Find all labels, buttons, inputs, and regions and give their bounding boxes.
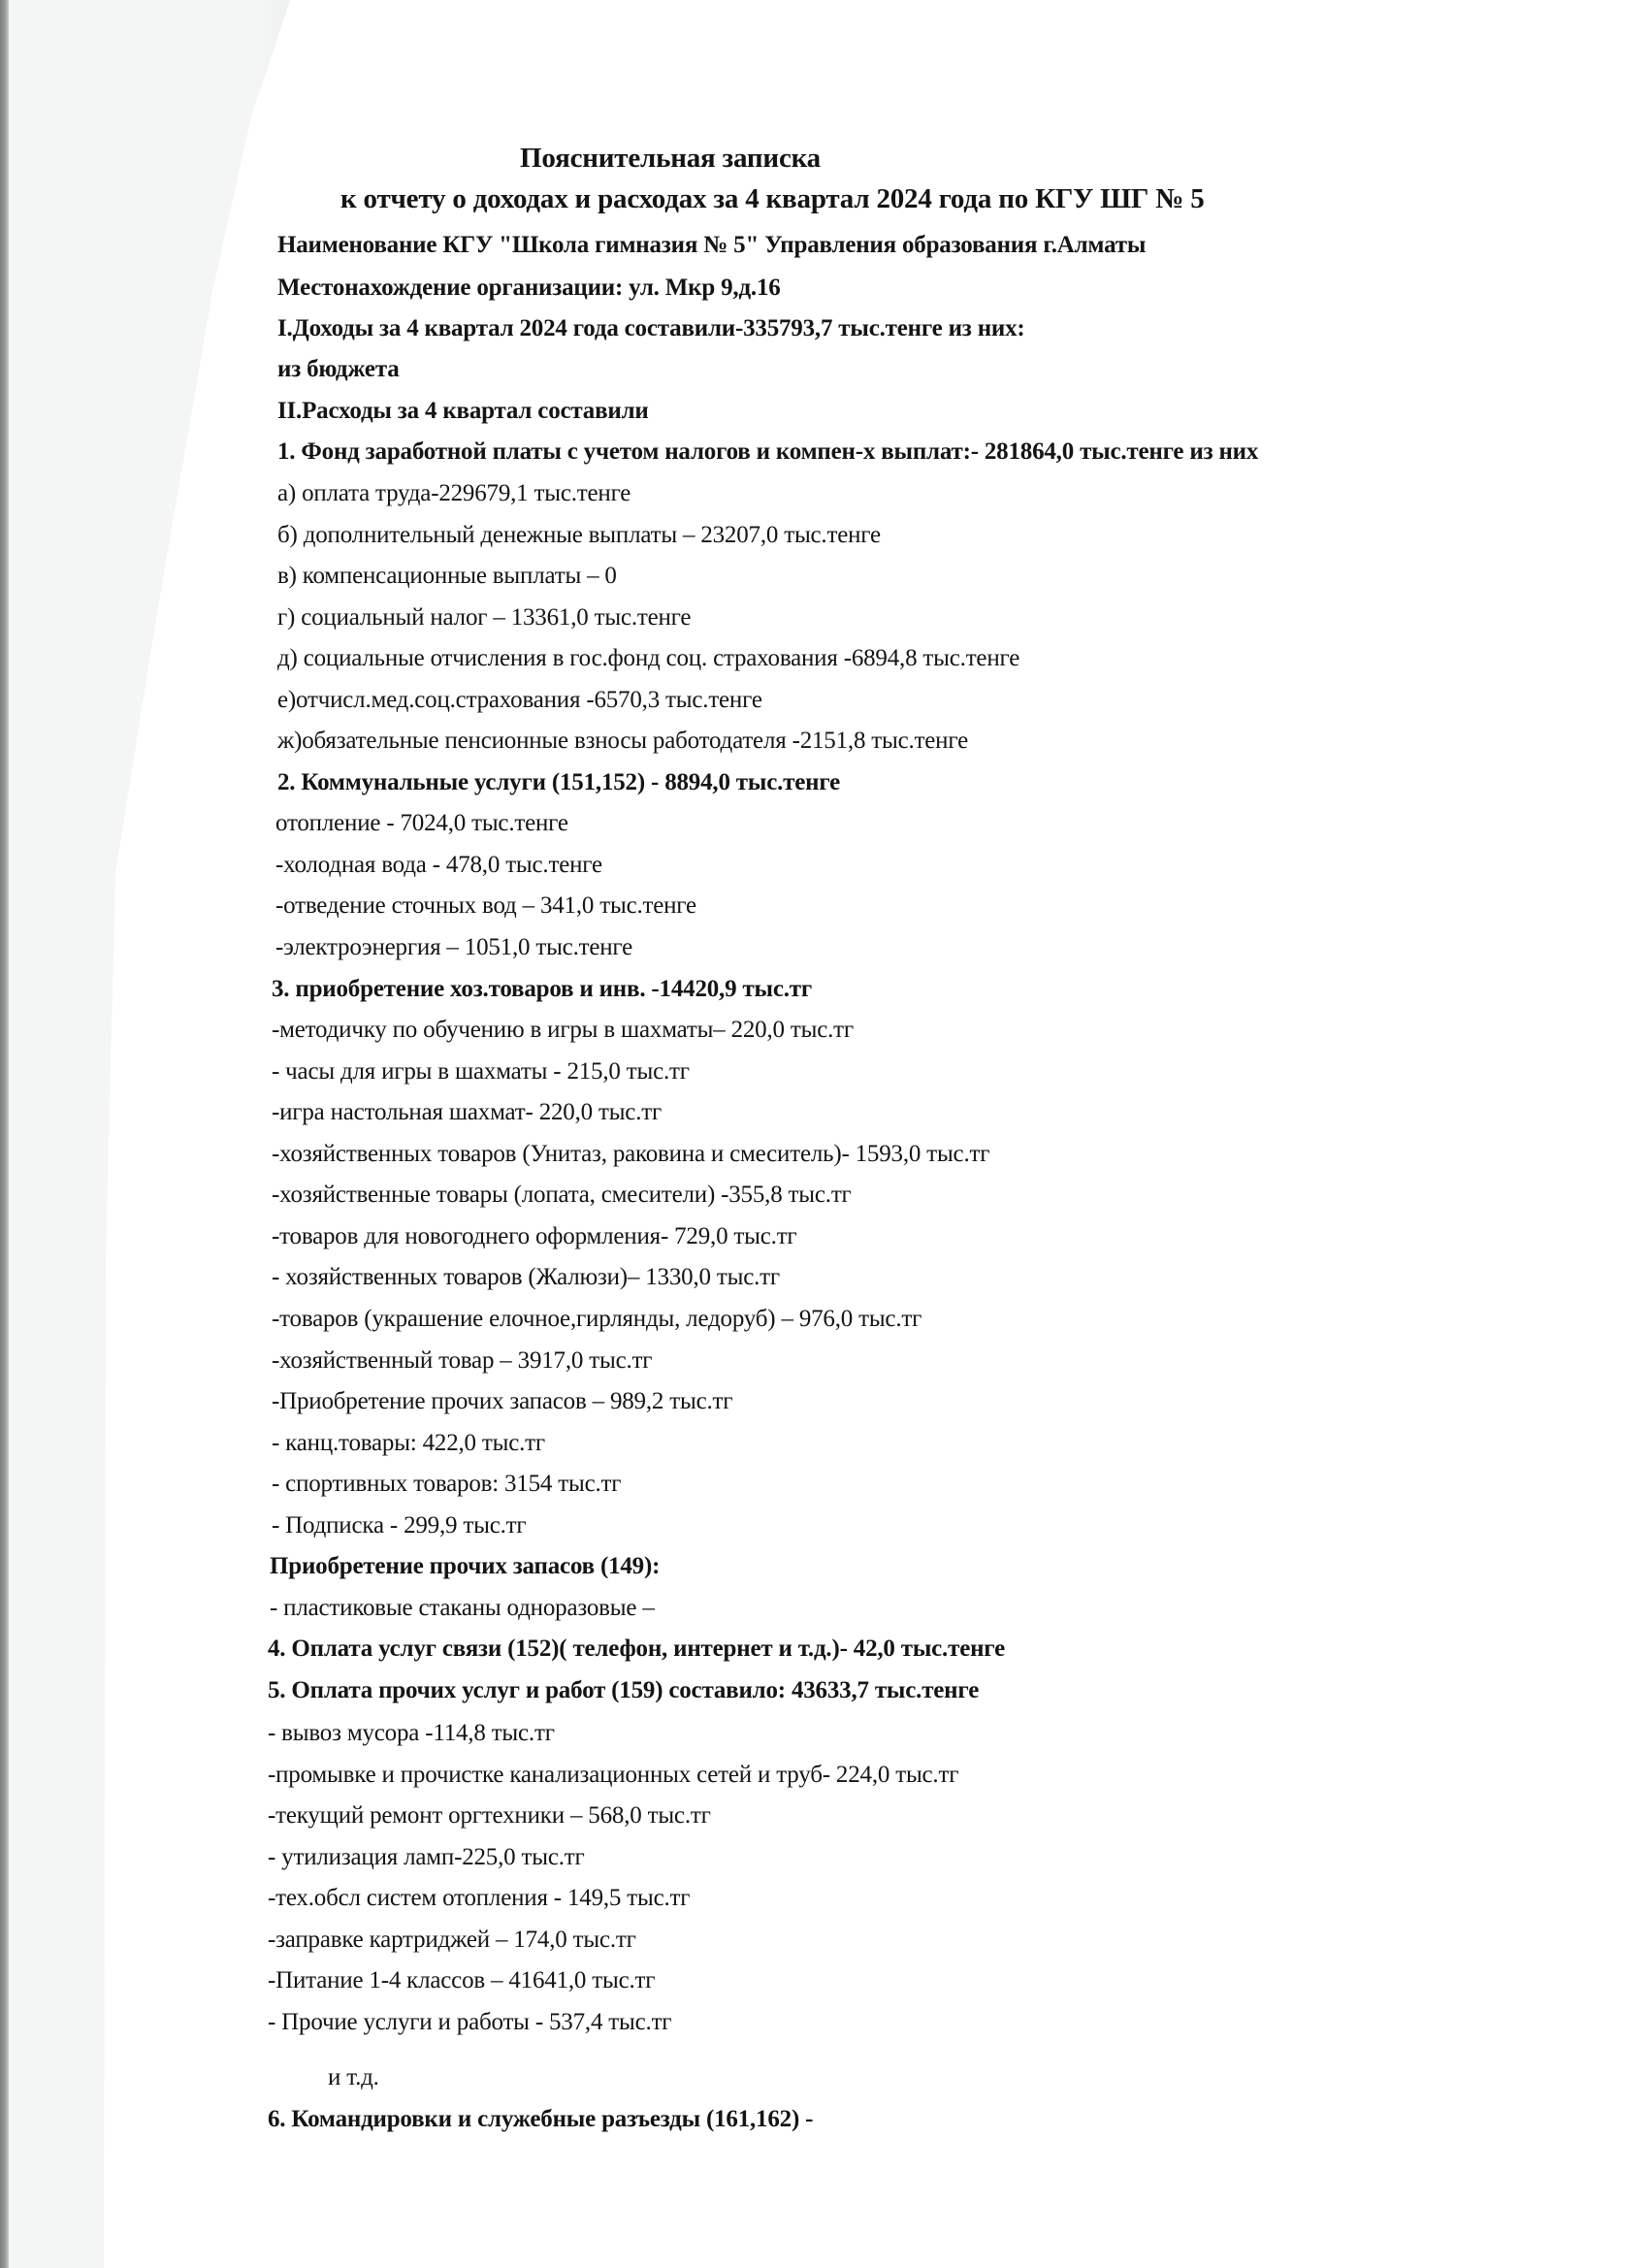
section-3-subsection-item: - пластиковые стаканы одноразовые –: [270, 1594, 655, 1623]
section-1-item: в) компенсационные выплаты – 0: [277, 562, 617, 591]
section-3-item: - Подписка - 299,9 тыс.тг: [272, 1511, 526, 1540]
section-5-item: - утилизация ламп-225,0 тыс.тг: [268, 1843, 585, 1872]
section-5-item: -тех.обсл систем отопления - 149,5 тыс.т…: [268, 1884, 690, 1913]
section-5-item: -заправке картриджей – 174,0 тыс.тг: [268, 1926, 636, 1955]
section-1-item: е)отчисл.мед.соц.страхования -6570,3 тыс…: [277, 686, 762, 715]
section-3-item: -хозяйственных товаров (Унитаз, раковина…: [272, 1140, 989, 1169]
document-page: Пояснительная записка к отчету о доходах…: [0, 0, 1649, 2268]
section-2-item: -электроэнергия – 1051,0 тыс.тенге: [275, 933, 632, 962]
section-3-heading: 3. приобретение хоз.товаров и инв. -1442…: [272, 975, 812, 1004]
section-1-item: д) социальные отчисления в гос.фонд соц.…: [277, 644, 1019, 673]
section-1-item: а) оплата труда-229679,1 тыс.тенге: [277, 479, 630, 508]
section-5-heading: 5. Оплата прочих услуг и работ (159) сос…: [268, 1676, 979, 1705]
section-3-item: -методичку по обучению в игры в шахматы–…: [272, 1016, 854, 1045]
section-3-item: - хозяйственных товаров (Жалюзи)– 1330,0…: [272, 1263, 780, 1292]
section-3-item: -товаров для новогоднего оформления- 729…: [272, 1222, 796, 1251]
document-subtitle: к отчету о доходах и расходах за 4 кварт…: [340, 184, 1205, 213]
section-2-item: -холодная вода - 478,0 тыс.тенге: [275, 851, 602, 880]
section-5-item: - вывоз мусора -114,8 тыс.тг: [268, 1719, 555, 1748]
section-1-item: ж)обязательные пенсионные взносы работод…: [277, 727, 968, 756]
organization-name: Наименование КГУ "Школа гимназия № 5" Уп…: [277, 231, 1146, 260]
section-1-item: г) социальный налог – 13361,0 тыс.тенге: [277, 603, 691, 632]
section-3-item: - спортивных товаров: 3154 тыс.тг: [272, 1470, 621, 1499]
section-3-item: - канц.товары: 422,0 тыс.тг: [272, 1429, 545, 1458]
expenses-heading: II.Расходы за 4 квартал составили: [277, 397, 649, 426]
section-1-heading: 1. Фонд заработной платы с учетом налого…: [277, 437, 1258, 467]
section-2-heading: 2. Коммунальные услуги (151,152) - 8894,…: [277, 768, 840, 797]
section-5-item: -Питание 1-4 классов – 41641,0 тыс.тг: [268, 1966, 655, 1995]
section-5-item: - Прочие услуги и работы - 537,4 тыс.тг: [268, 2008, 671, 2037]
section-3-item: -игра настольная шахмат- 220,0 тыс.тг: [272, 1098, 662, 1127]
section-4-heading: 4. Оплата услуг связи (152)( телефон, ин…: [268, 1635, 1005, 1664]
section-5-trailer: и т.д.: [328, 2063, 379, 2092]
section-3-item: -Приобретение прочих запасов – 989,2 тыс…: [272, 1387, 732, 1416]
section-2-item: отопление - 7024,0 тыс.тенге: [275, 809, 568, 838]
income-heading: I.Доходы за 4 квартал 2024 года составил…: [277, 314, 1025, 343]
document-title: Пояснительная записка: [520, 144, 821, 173]
section-3-subsection-heading: Приобретение прочих запасов (149):: [270, 1552, 660, 1581]
income-source: из бюджета: [277, 355, 400, 384]
section-3-item: - часы для игры в шахматы - 215,0 тыс.тг: [272, 1057, 690, 1086]
section-6-heading: 6. Командировки и служебные разъезды (16…: [268, 2105, 813, 2134]
section-3-item: -хозяйственный товар – 3917,0 тыс.тг: [272, 1346, 652, 1376]
section-2-item: -отведение сточных вод – 341,0 тыс.тенге: [275, 891, 696, 921]
section-1-item: б) дополнительный денежные выплаты – 232…: [277, 521, 881, 550]
section-5-item: -промывке и прочистке канализационных се…: [268, 1761, 958, 1790]
section-3-item: -хозяйственные товары (лопата, смесители…: [272, 1181, 852, 1210]
organization-location: Местонахождение организации: ул. Мкр 9,д…: [277, 274, 781, 303]
section-3-item: -товаров (украшение елочное,гирлянды, ле…: [272, 1305, 921, 1334]
section-5-item: -текущий ремонт оргтехники – 568,0 тыс.т…: [268, 1801, 711, 1831]
